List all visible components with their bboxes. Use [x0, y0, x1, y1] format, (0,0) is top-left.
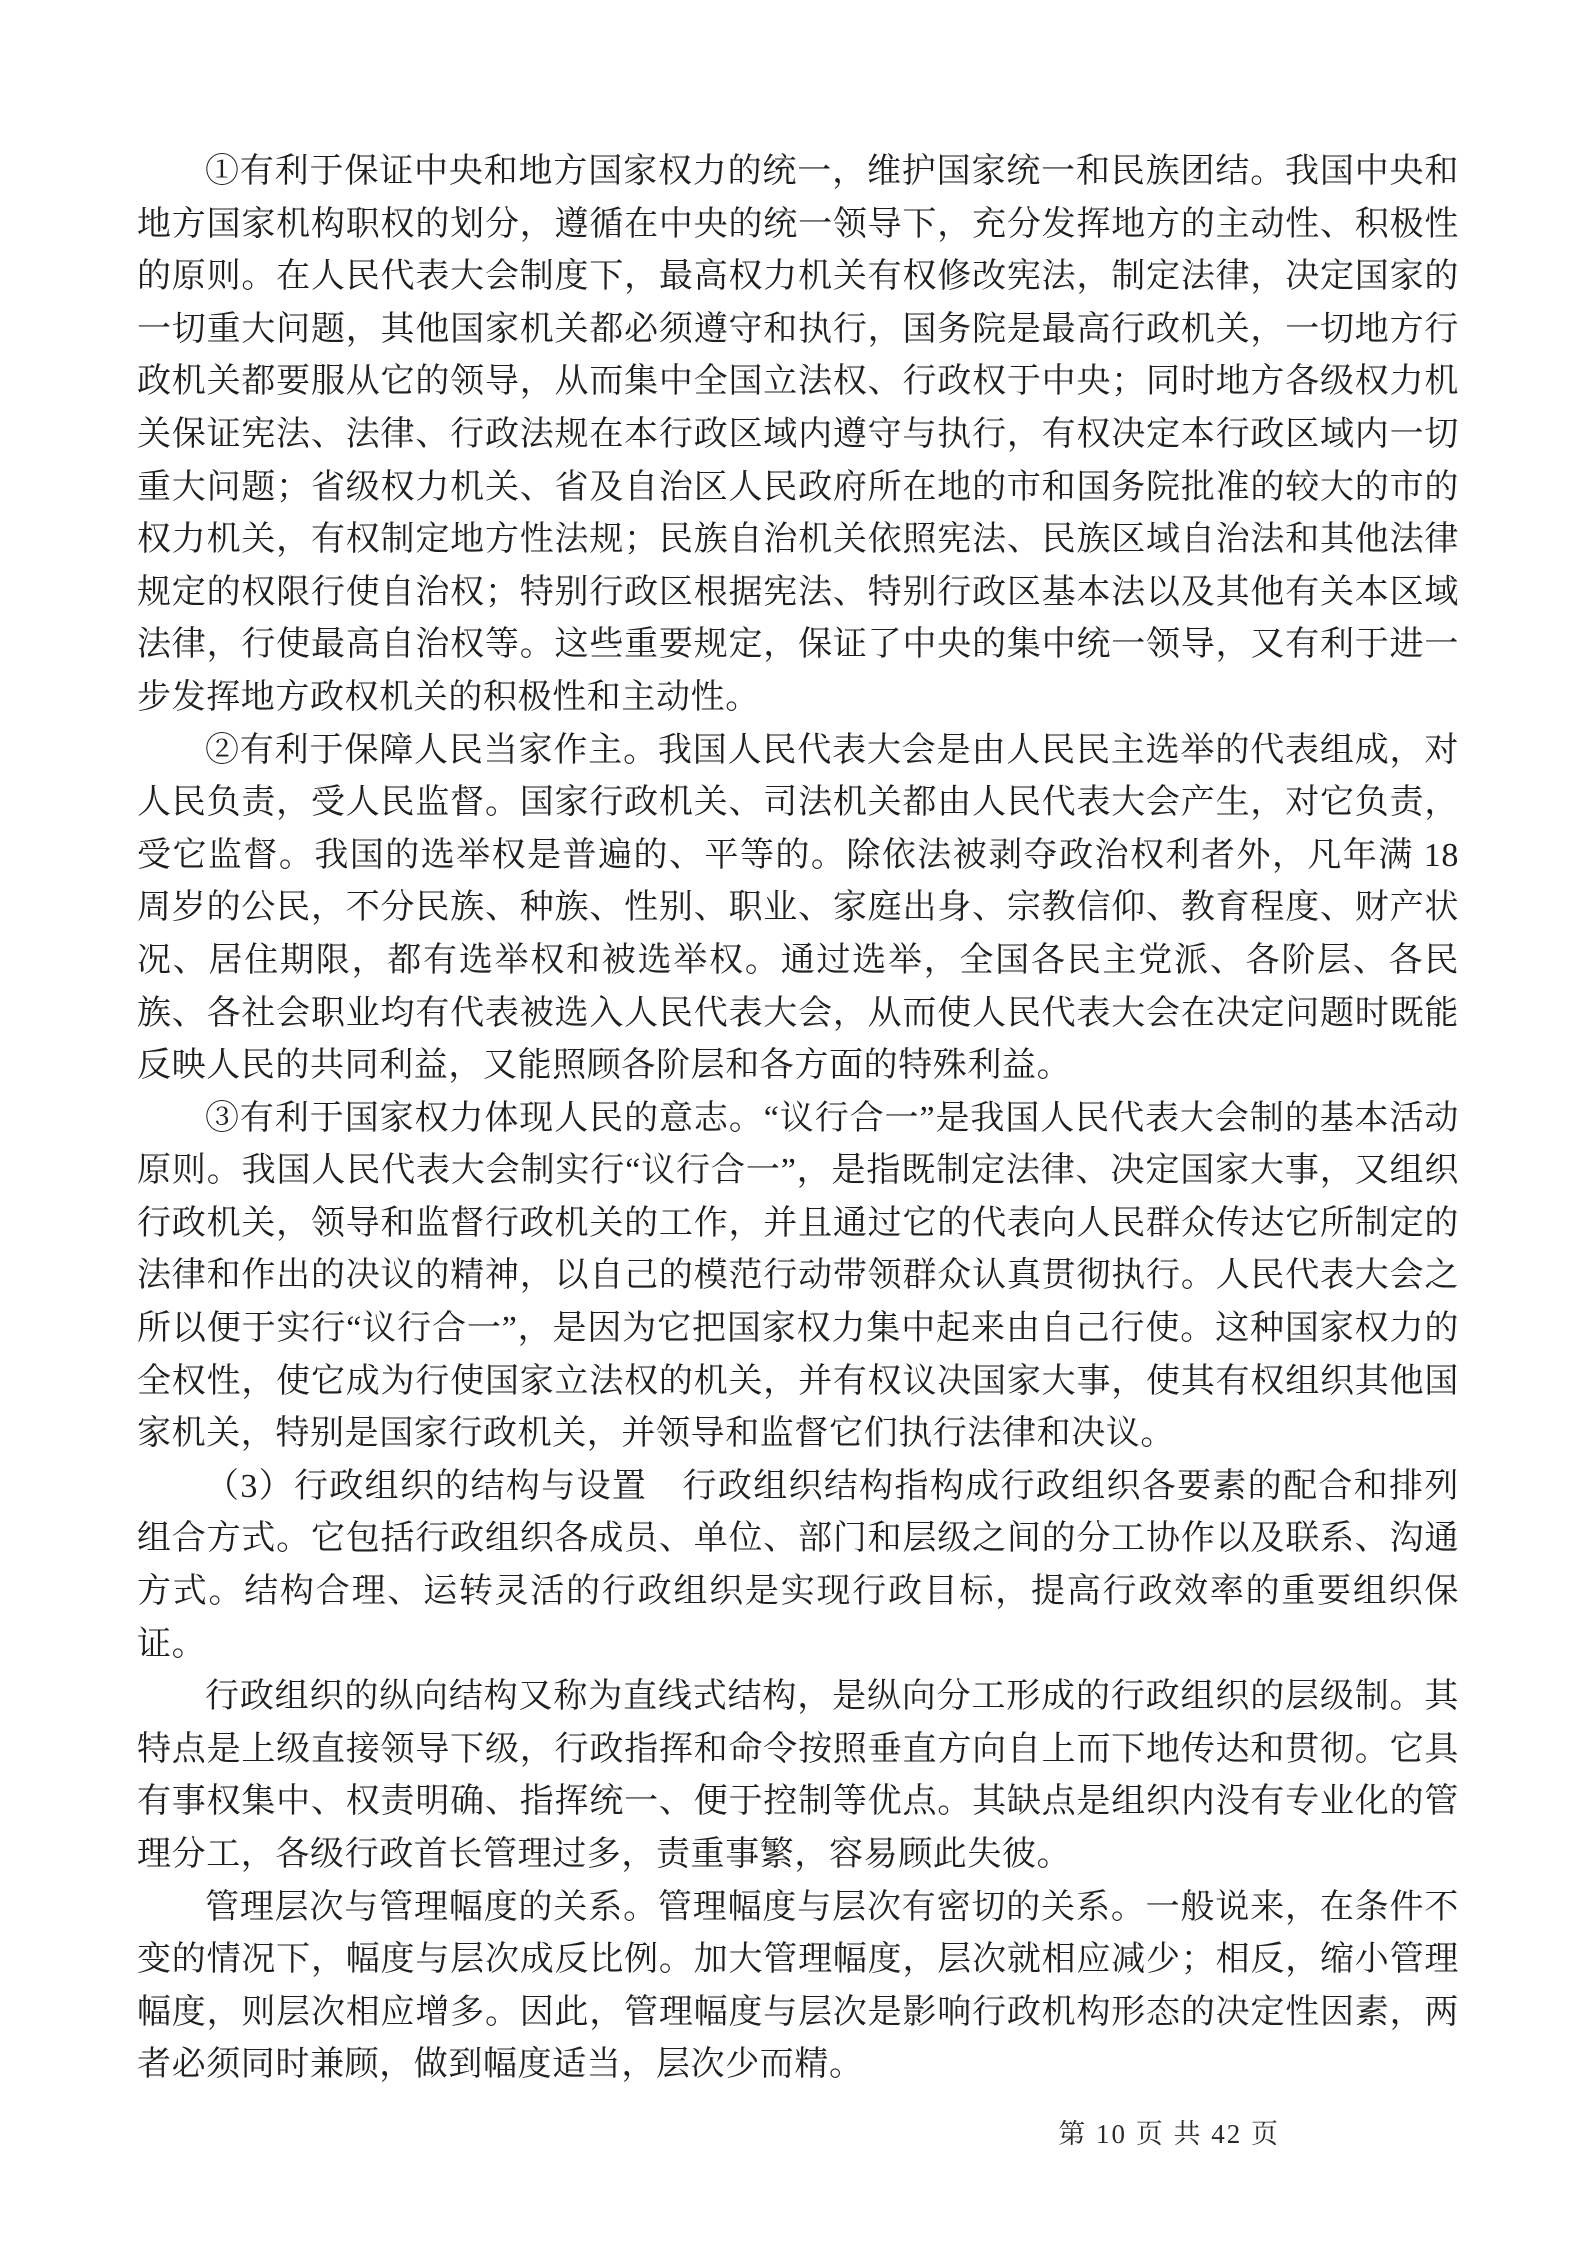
- document-page: ①有利于保证中央和地方国家权力的统一，维护国家统一和民族团结。我国中央和地方国家…: [0, 0, 1594, 2252]
- page-number-footer: 第 10 页 共 42 页: [1058, 2112, 1280, 2151]
- paragraph-point-3: ③有利于国家权力体现人民的意志。“议行合一”是我国人民代表大会制的基本活动原则。…: [137, 1093, 1459, 1461]
- paragraph-section-3-structure: （3）行政组织的结构与设置 行政组织结构指构成行政组织各要素的配合和排列组合方式…: [137, 1461, 1459, 1671]
- document-body: ①有利于保证中央和地方国家权力的统一，维护国家统一和民族团结。我国中央和地方国家…: [137, 146, 1459, 2092]
- paragraph-point-1: ①有利于保证中央和地方国家权力的统一，维护国家统一和民族团结。我国中央和地方国家…: [137, 146, 1459, 725]
- paragraph-point-2: ②有利于保障人民当家作主。我国人民代表大会是由人民民主选举的代表组成，对人民负责…: [137, 725, 1459, 1093]
- paragraph-vertical-structure: 行政组织的纵向结构又称为直线式结构，是纵向分工形成的行政组织的层级制。其特点是上…: [137, 1671, 1459, 1881]
- paragraph-management-span: 管理层次与管理幅度的关系。管理幅度与层次有密切的关系。一般说来，在条件不变的情况…: [137, 1882, 1459, 2092]
